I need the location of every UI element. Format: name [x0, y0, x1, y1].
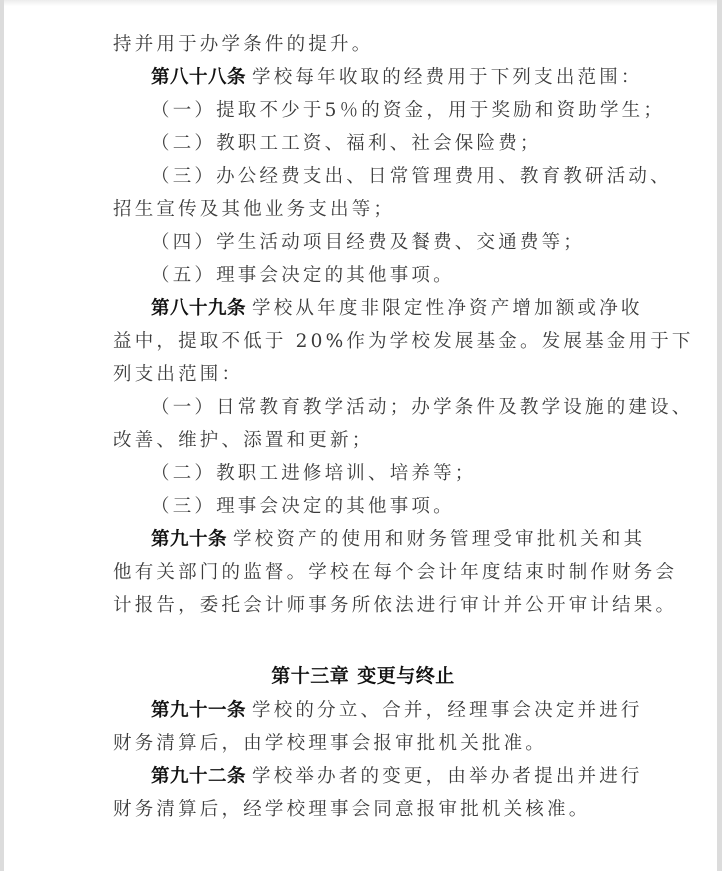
article-92: 第九十二条学校举办者的变更，由举办者提出并进行 — [113, 760, 613, 793]
article-text: 学校资产的使用和财务管理受审批机关和其 — [233, 529, 645, 550]
article-title: 第九十条 — [151, 529, 227, 550]
list-item-continuation: 招生宣传及其他业务支出等； — [113, 193, 613, 226]
article-88: 第八十八条学校每年收取的经费用于下列支出范围： — [113, 61, 613, 94]
paragraph-line: 列支出范围： — [113, 358, 613, 391]
article-text: 学校的分立、合并，经理事会决定并进行 — [252, 700, 643, 721]
article-text: 学校举办者的变更，由举办者提出并进行 — [252, 766, 643, 787]
paragraph-line: 计报告，委托会计师事务所依法进行审计并公开审计结果。 — [113, 589, 613, 622]
chapter-title: 变更与终止 — [357, 665, 455, 687]
list-item: （二）教职工工资、福利、社会保险费； — [113, 127, 613, 160]
document-page: 持并用于办学条件的提升。 第八十八条学校每年收取的经费用于下列支出范围： （一）… — [4, 0, 717, 871]
article-title: 第八十九条 — [151, 298, 246, 319]
article-90: 第九十条学校资产的使用和财务管理受审批机关和其 — [113, 523, 613, 556]
spacer — [113, 622, 613, 658]
list-item: （三）办公经费支出、日常管理费用、教育教研活动、 — [113, 160, 613, 193]
article-title: 第九十二条 — [151, 766, 246, 787]
list-item: （三）理事会决定的其他事项。 — [113, 490, 613, 523]
article-text: 学校每年收取的经费用于下列支出范围： — [252, 67, 643, 88]
paragraph-line: 他有关部门的监督。学校在每个会计年度结束时制作财务会 — [113, 556, 613, 589]
article-91: 第九十一条学校的分立、合并，经理事会决定并进行 — [113, 694, 613, 727]
list-item: （一）日常教育教学活动；办学条件及教学设施的建设、 — [113, 391, 613, 424]
paragraph-line: 持并用于办学条件的提升。 — [113, 28, 613, 61]
article-text: 学校从年度非限定性净资产增加额或净收 — [252, 298, 643, 319]
article-title: 第九十一条 — [151, 700, 246, 721]
paragraph-line: 财务清算后，由学校理事会报审批机关批准。 — [113, 727, 613, 760]
page-content: 持并用于办学条件的提升。 第八十八条学校每年收取的经费用于下列支出范围： （一）… — [113, 28, 613, 826]
list-item: （四）学生活动项目经费及餐费、交通费等； — [113, 226, 613, 259]
paragraph-line: 财务清算后，经学校理事会同意报审批机关核准。 — [113, 793, 613, 826]
paragraph-line: 益中，提取不低于 20%作为学校发展基金。发展基金用于下 — [113, 325, 613, 358]
chapter-number: 第十三章 — [271, 665, 349, 687]
chapter-heading: 第十三章变更与终止 — [113, 658, 613, 694]
list-item: （五）理事会决定的其他事项。 — [113, 259, 613, 292]
list-item: （一）提取不少于5％的资金，用于奖励和资助学生； — [113, 94, 613, 127]
list-item-continuation: 改善、维护、添置和更新； — [113, 424, 613, 457]
article-title: 第八十八条 — [151, 67, 246, 88]
list-item: （二）教职工进修培训、培养等； — [113, 457, 613, 490]
article-89: 第八十九条学校从年度非限定性净资产增加额或净收 — [113, 292, 613, 325]
document-viewer: 持并用于办学条件的提升。 第八十八条学校每年收取的经费用于下列支出范围： （一）… — [0, 0, 722, 871]
